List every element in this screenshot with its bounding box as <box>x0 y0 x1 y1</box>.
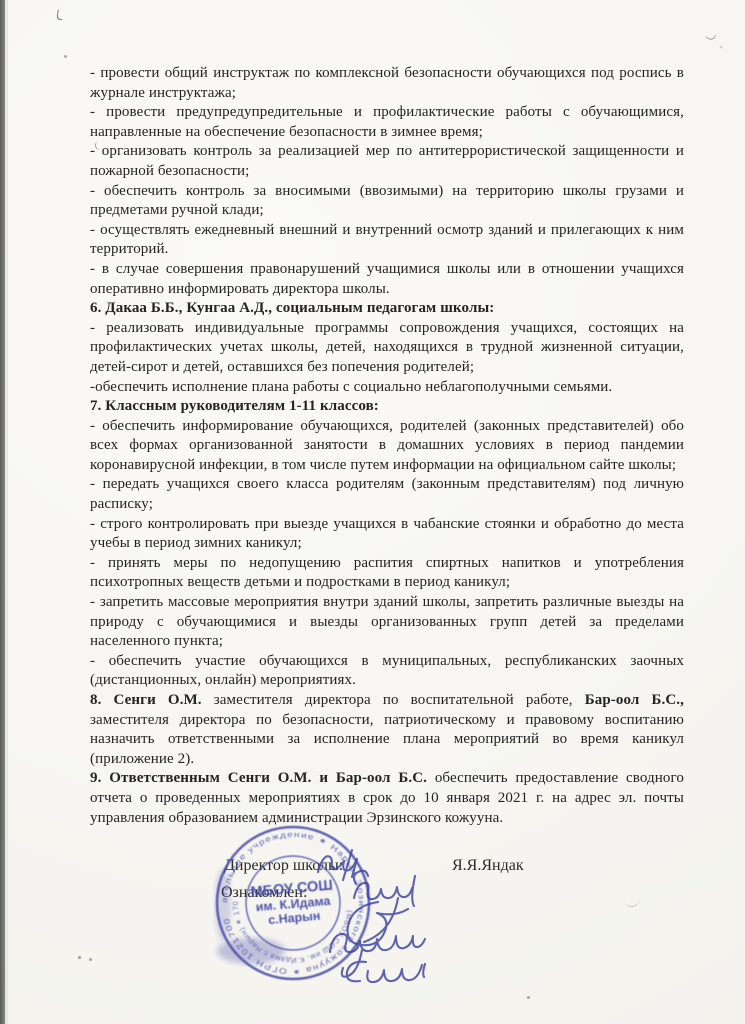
scan-speck <box>78 956 81 959</box>
scan-speck <box>64 55 67 58</box>
paragraph: - обеспечить участие обучающихся в муниц… <box>90 652 684 691</box>
paragraph: 6. Дакаа Б.Б., Кунгаа А.Д., социальным п… <box>90 299 684 319</box>
scan-speck <box>717 45 723 51</box>
paragraph: - передать учащихся своего класса родите… <box>90 475 684 514</box>
scan-speck <box>56 10 63 21</box>
school-round-stamp: ательное учреждение ⁕ Нарын Эрзинского к… <box>203 813 383 993</box>
director-name: Я.Я.Яндак <box>452 857 524 875</box>
paragraph: 9. Ответственным Сенги О.М. и Бар-оол Б.… <box>90 769 684 828</box>
paragraph: - обеспечить информирование обучающихся,… <box>90 417 684 476</box>
paragraph: - принять меры по недопущению распития с… <box>90 554 684 593</box>
paragraph: - провести предупредупредительные и проф… <box>90 103 684 142</box>
paragraph: - провести общий инструктаж по комплексн… <box>90 64 684 103</box>
document-body: - провести общий инструктаж по комплексн… <box>90 64 684 828</box>
paragraph: - в случае совершения правонарушений уча… <box>90 260 684 299</box>
paragraph: 8. Сенги О.М. заместителя директора по в… <box>90 691 684 769</box>
scan-edge-artifact <box>5 0 8 1024</box>
paragraph: - строго контролировать при выезде учащи… <box>90 515 684 554</box>
paragraph: - организовать контроль за реализацией м… <box>90 142 684 181</box>
paragraph: - реализовать индивидуальные программы с… <box>90 319 684 378</box>
paragraph: -обеспечить исполнение плана работы с со… <box>90 378 684 398</box>
paragraph: - обеспечить контроль за вносимыми (ввоз… <box>90 182 684 221</box>
paragraph: - осуществлять ежедневный внешний и внут… <box>90 221 684 260</box>
paragraph: 7. Классным руководителям 1-11 классов: <box>90 397 684 417</box>
scanned-document-page: - провести общий инструктаж по комплексн… <box>0 0 745 1024</box>
scan-speck <box>527 996 530 999</box>
paragraph: - запретить массовые мероприятия внутри … <box>90 593 684 652</box>
scan-speck <box>706 32 716 42</box>
scan-speck <box>623 894 641 908</box>
